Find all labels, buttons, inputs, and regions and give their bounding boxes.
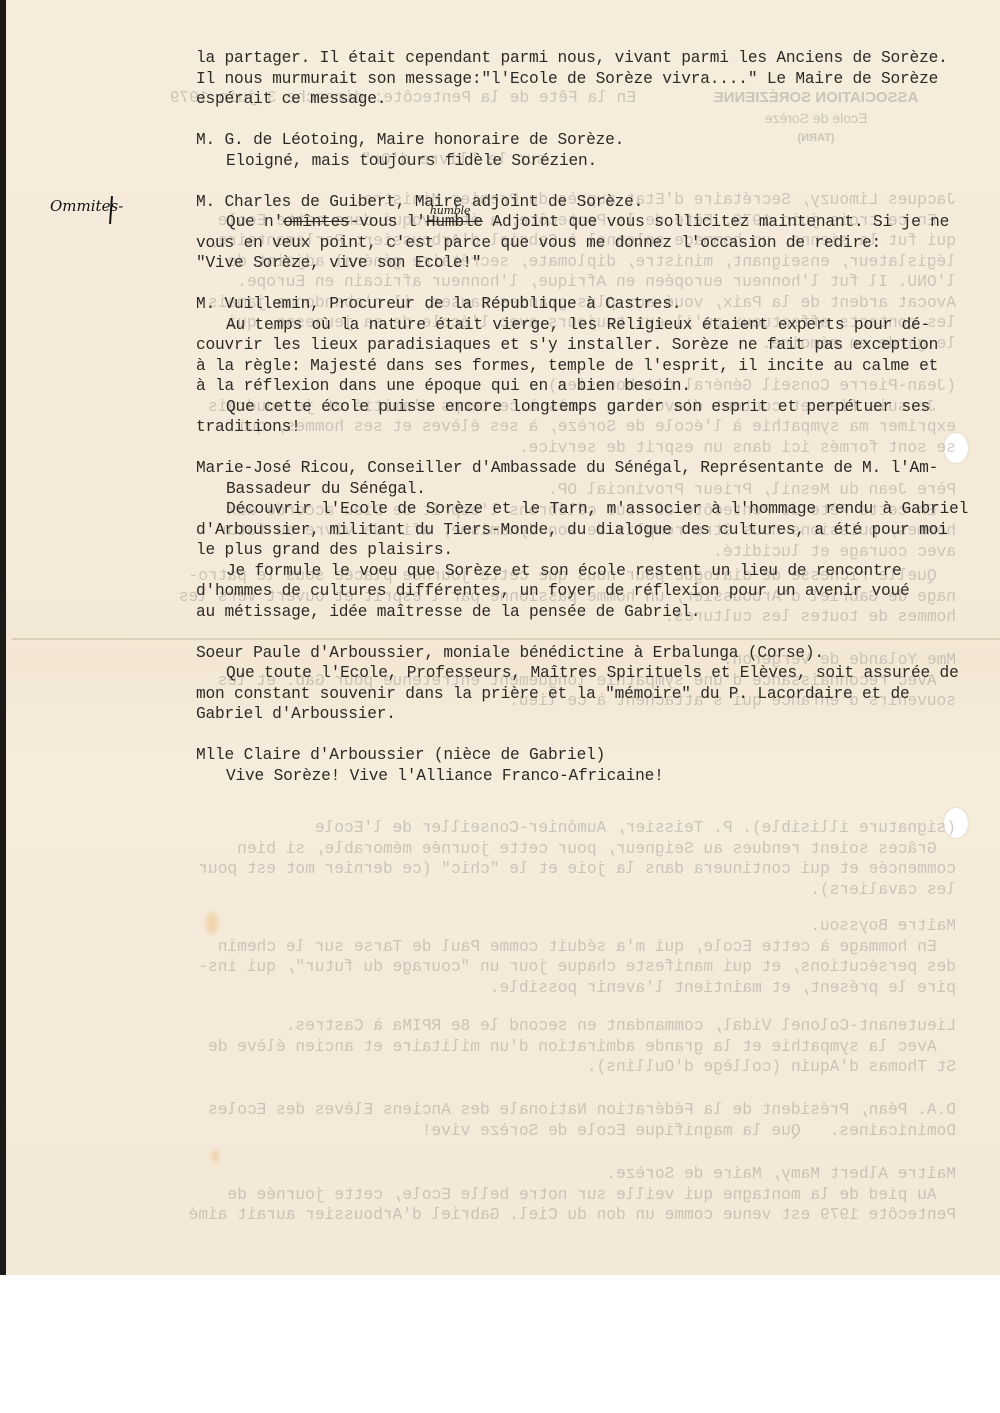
bleed-block-6: (signature illisible). P. Teissier, Aumô… xyxy=(198,818,956,900)
entry-signatory: Soeur Paule d'Arboussier, moniale bénédi… xyxy=(196,643,976,664)
text-line: la partager. Il était cependant parmi no… xyxy=(196,48,976,69)
text-line: espérait ce message. xyxy=(196,89,976,110)
text-line: au métissage, idée maîtresse de la pensé… xyxy=(196,602,976,623)
text-line: couvrir les lieux paradisiaques et s'y i… xyxy=(196,335,976,356)
bleed-block-10: Maître Albert Mamy, Maire de Sorèze. Au … xyxy=(189,1164,956,1226)
text-line-corrected: Que n'omîntes-vous l'humbleHumble Adjoin… xyxy=(196,212,976,233)
handwritten-insertion: humbleHumble xyxy=(426,213,483,231)
struck-word: omîntes xyxy=(283,213,350,231)
entry-vuillemin: M. Vuillemin, Procureur de la République… xyxy=(196,294,976,438)
text-line: Je formule le voeu que Sorèze et son éco… xyxy=(196,561,976,582)
entry-signatory: Mlle Claire d'Arboussier (nièce de Gabri… xyxy=(196,745,976,766)
handwritten-margin-note: Ommites- xyxy=(50,197,123,215)
text-line: à la règle: Majesté dans ses formes, tem… xyxy=(196,356,976,377)
punch-hole-lower xyxy=(944,808,968,838)
text-line: Découvrir l'Ecole de Sorèze et le Tarn, … xyxy=(196,499,976,520)
text-line: le plus grand des plaisirs. xyxy=(196,540,976,561)
entry-guibert: M. Charles de Guibert, Maire adjoint de … xyxy=(196,192,976,274)
text-line: à la réflexion dans une époque qui en a … xyxy=(196,376,976,397)
bleed-block-9: D.A. Péan, Président de la Fédération Na… xyxy=(208,1100,956,1141)
text-line: mon constant souvenir dans la prière et … xyxy=(196,684,976,705)
paper-sheet: ASSOCIATION SORÉZIENNE Ecole de Sorèze (… xyxy=(0,0,1000,1275)
typewritten-body: la partager. Il était cependant parmi no… xyxy=(196,48,976,807)
text-line: Gabriel d'Arboussier. xyxy=(196,704,976,725)
bleed-block-8: Lieutenant-Colonel Vidal, commandant en … xyxy=(208,1016,956,1078)
text-line: Au temps où la nature était vierge, les … xyxy=(196,315,976,336)
entry-leotoing: M. G. de Léotoing, Maire honoraire de So… xyxy=(196,130,976,171)
text-line: Que toute l'Ecole, Professeurs, Maîtres … xyxy=(196,663,976,684)
text-line: Que cette école puisse encore longtemps … xyxy=(196,397,976,418)
entry-ricou: Marie-José Ricou, Conseiller d'Ambassade… xyxy=(196,458,976,622)
entry-signatory: M. G. de Léotoing, Maire honoraire de So… xyxy=(196,130,976,151)
text-line: Eloigné, mais toujours fidèle Sorézien. xyxy=(196,151,976,172)
text-line: vous en veux point, c'est parce que vous… xyxy=(196,233,976,254)
text-line: Il nous murmurait son message:"l'Ecole d… xyxy=(196,69,976,90)
stain xyxy=(206,912,218,934)
entry-signatory: Marie-José Ricou, Conseiller d'Ambassade… xyxy=(196,458,976,479)
text-line: traditions! xyxy=(196,417,976,438)
entry-soeur-paule: Soeur Paule d'Arboussier, moniale bénédi… xyxy=(196,643,976,725)
continuation-paragraph: la partager. Il était cependant parmi no… xyxy=(196,48,976,110)
text-line: "Vive Sorèze, vive son Ecole!" xyxy=(196,253,976,274)
bleed-block-7: Maître Boyssou. En hommage à cette Ecole… xyxy=(198,916,956,998)
stain xyxy=(211,1150,219,1162)
text-line: Vive Sorèze! Vive l'Alliance Franco-Afri… xyxy=(196,766,976,787)
entry-claire: Mlle Claire d'Arboussier (nièce de Gabri… xyxy=(196,745,976,786)
text-line: d'Arboussier, militant du Tiers-Monde, d… xyxy=(196,520,976,541)
entry-signatory-cont: Bassadeur du Sénégal. xyxy=(196,479,976,500)
text-line: d'hommes de cultures différentes, un foy… xyxy=(196,581,976,602)
entry-signatory: M. Charles de Guibert, Maire adjoint de … xyxy=(196,192,976,213)
entry-signatory: M. Vuillemin, Procureur de la République… xyxy=(196,294,976,315)
